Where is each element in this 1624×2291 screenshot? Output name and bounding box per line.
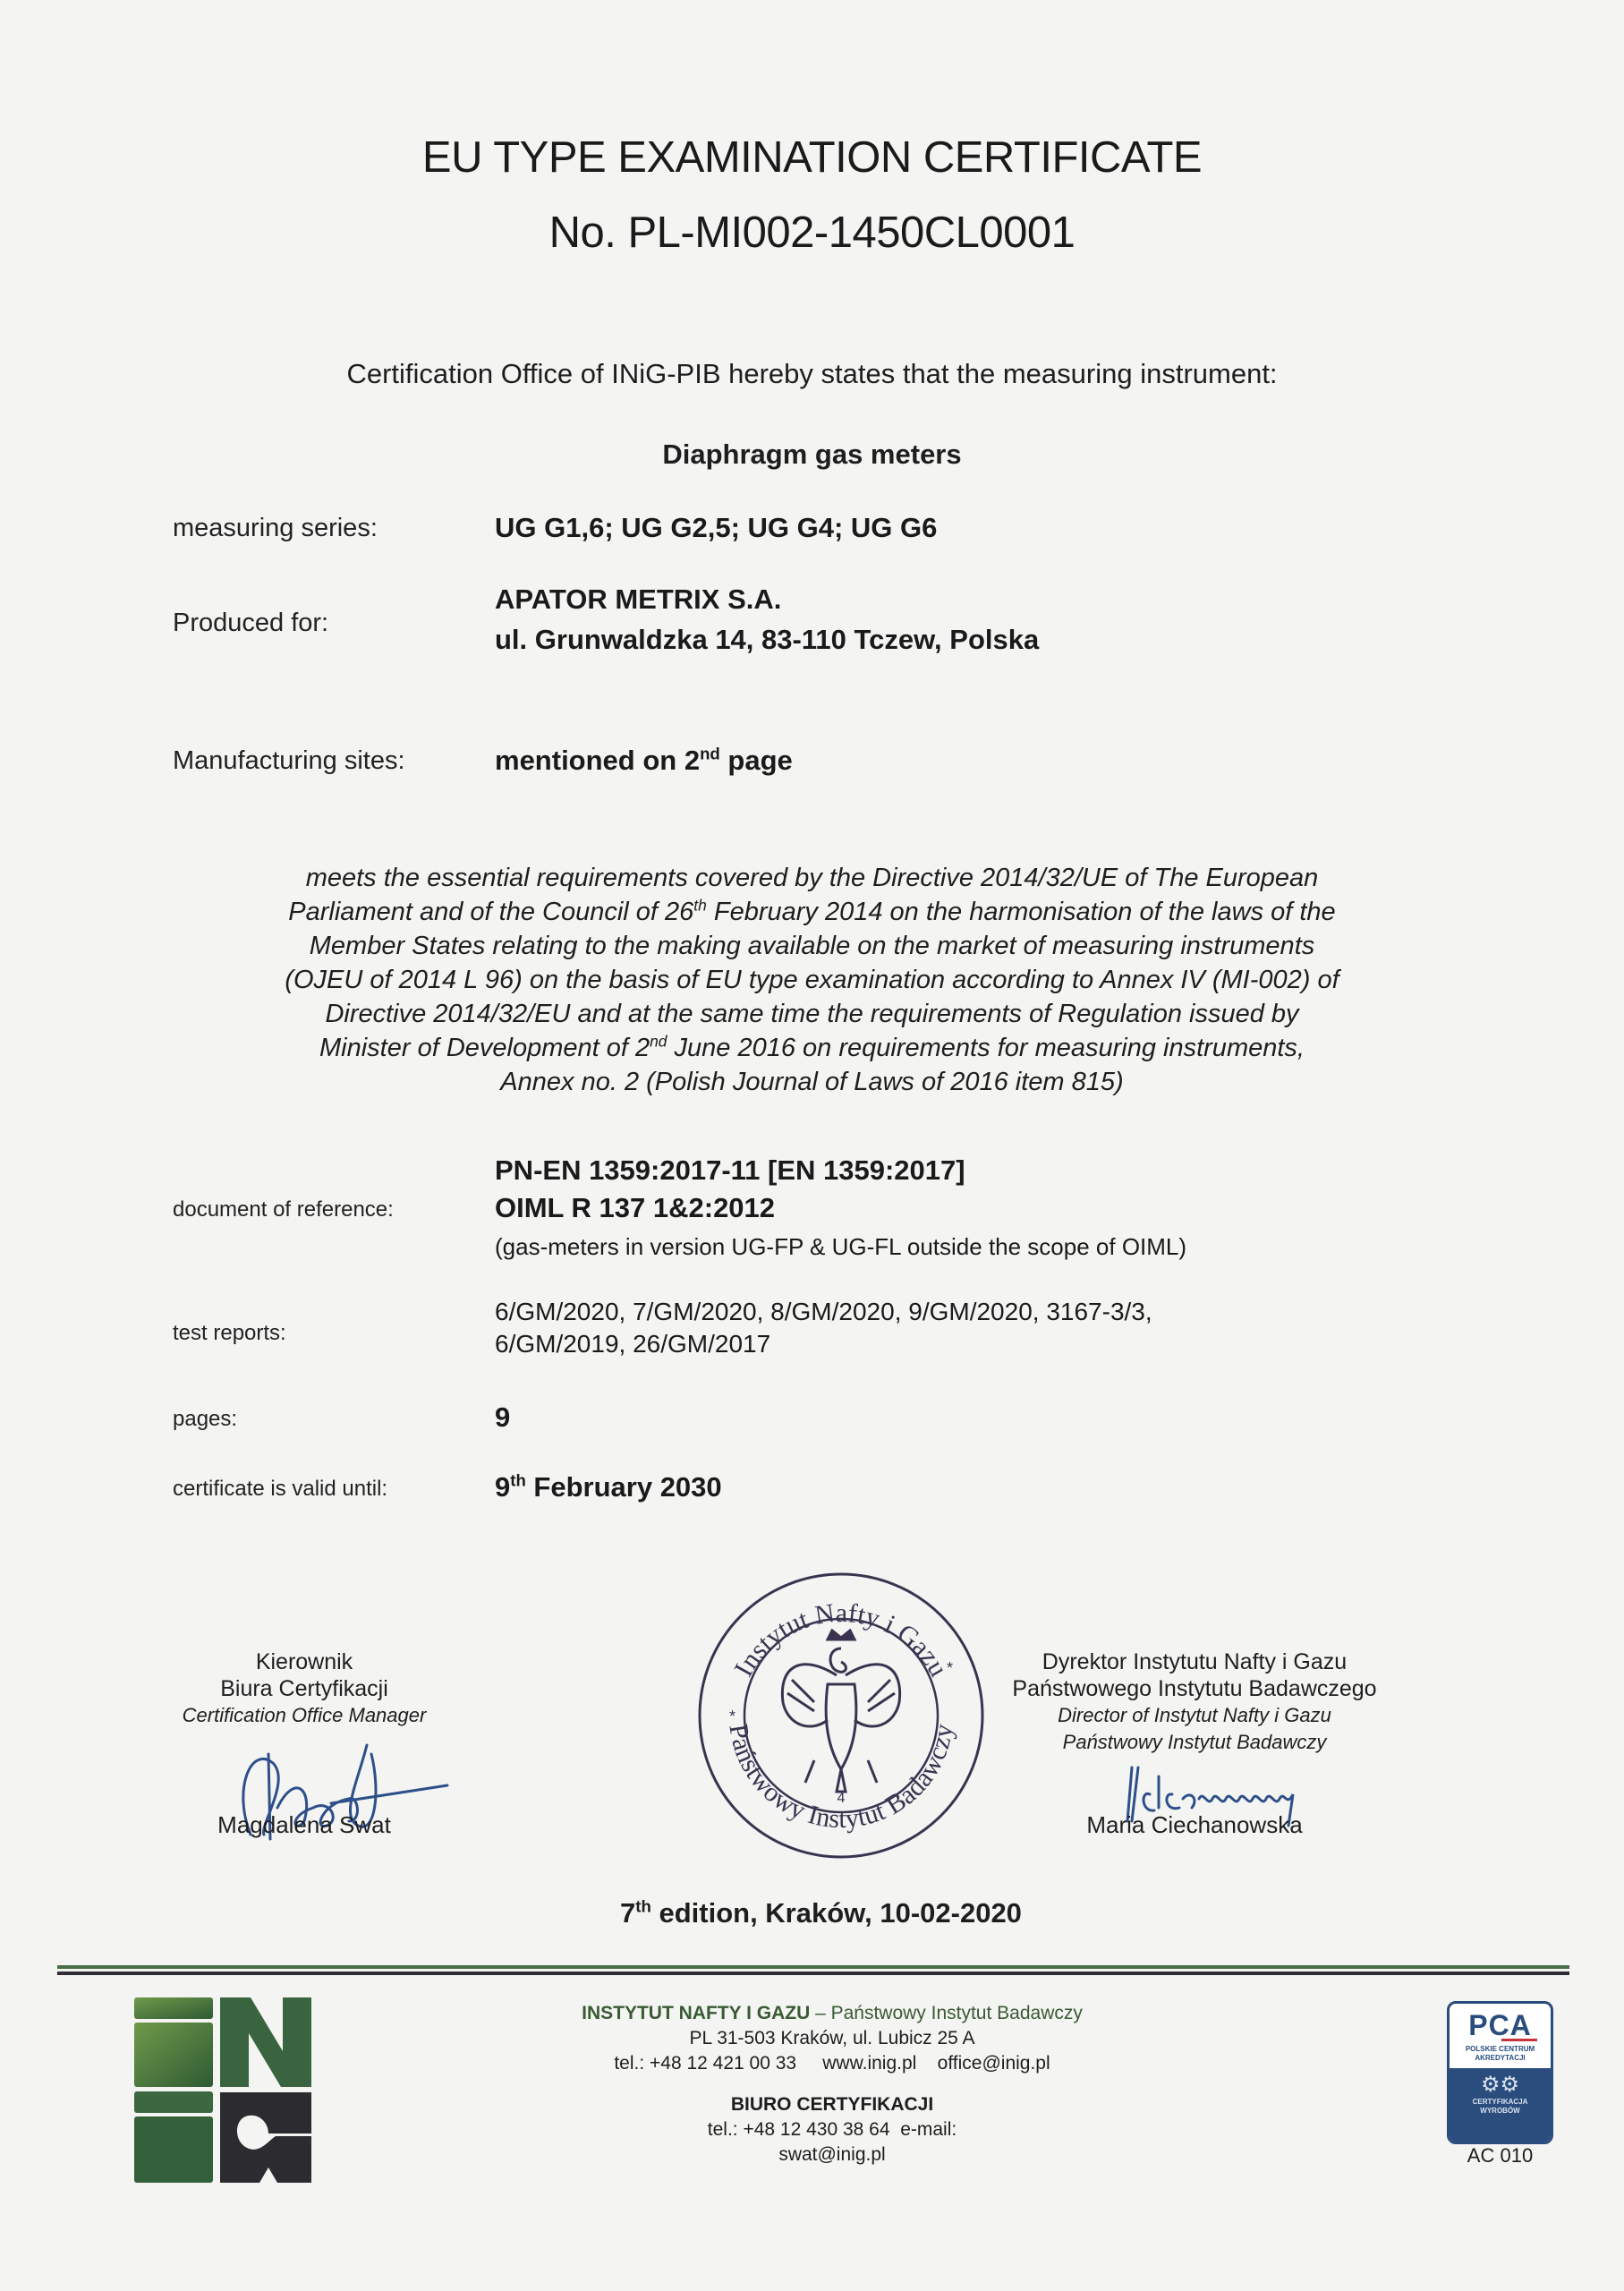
seal-number: 4: [838, 1791, 846, 1806]
instrument-type: Diaphragm gas meters: [0, 439, 1624, 471]
signatory-right-name: Maria Ciechanowska: [993, 1811, 1396, 1839]
pca-accreditation-badge: PCA POLSKIE CENTRUM AKREDYTACJI ⚙⚙ CERTY…: [1447, 2001, 1553, 2144]
edition-line: 7th edition, Kraków, 10-02-2020: [0, 1897, 1624, 1929]
manufacturing-sites-value: mentioned on 2nd page: [495, 745, 793, 777]
certificate-number: No. PL-MI002-1450CL0001: [0, 208, 1624, 258]
test-reports-line-1: 6/GM/2020, 7/GM/2020, 8/GM/2020, 9/GM/20…: [495, 1298, 1152, 1326]
valid-until-label: certificate is valid until:: [173, 1477, 387, 1502]
gears-icon: ⚙⚙: [1450, 2068, 1551, 2098]
manufacturing-sites-label: Manufacturing sites:: [173, 746, 405, 776]
test-reports-label: test reports:: [173, 1321, 286, 1346]
eagle-emblem-icon: [782, 1631, 899, 1792]
seal-bottom-text: Państwowy Instytut Badawczy: [723, 1722, 958, 1834]
reference-label: document of reference:: [173, 1197, 394, 1222]
reference-standard-1: PN-EN 1359:2017-11 [EN 1359:2017]: [495, 1154, 965, 1187]
footer-address: PL 31-503 Kraków, ul. Lubicz 25 A: [501, 2026, 1163, 2051]
reference-note: (gas-meters in version UG-FP & UG-FL out…: [495, 1233, 1186, 1261]
signatory-left-name: Magdalena Swat: [152, 1811, 456, 1839]
official-seal: Instytut Nafty i Gazu Państwowy Instytut…: [693, 1568, 989, 1863]
test-reports-line-2: 6/GM/2019, 26/GM/2017: [495, 1330, 770, 1358]
footer-contact-line: tel.: +48 12 421 00 33 www.inig.pl offic…: [501, 2051, 1163, 2076]
footer-contact: INSTYTUT NAFTY I GAZU – Państwowy Instyt…: [501, 2001, 1163, 2168]
pca-accreditation-code: AC 010: [1447, 2144, 1553, 2168]
produced-for-label: Produced for:: [173, 609, 328, 638]
signatory-right-title: Dyrektor Instytutu Nafty i Gazu Państwow…: [993, 1648, 1396, 1756]
footer-divider-dark: [57, 1972, 1569, 1975]
pca-logo: PCA: [1450, 2004, 1551, 2042]
producer-address: ul. Grunwaldzka 14, 83-110 Tczew, Polska: [495, 624, 1039, 656]
certificate-title: EU TYPE EXAMINATION CERTIFICATE: [0, 132, 1624, 183]
signatory-left-title: Kierownik Biura Certyfikacji Certificati…: [152, 1648, 456, 1729]
measuring-series-value: UG G1,6; UG G2,5; UG G4; UG G6: [495, 512, 937, 544]
footer-divider-green: [57, 1965, 1569, 1969]
pages-label: pages:: [173, 1407, 237, 1432]
footer-org-name: INSTYTUT NAFTY I GAZU: [582, 2003, 810, 2023]
footer-office-email[interactable]: swat@inig.pl: [501, 2142, 1163, 2168]
inig-logo: [134, 1997, 313, 2185]
pages-value: 9: [495, 1401, 510, 1434]
directive-paragraph: meets the essential requirements covered…: [0, 861, 1624, 1099]
footer-office-tel: tel.: +48 12 430 38 64 e-mail:: [501, 2117, 1163, 2142]
intro-statement: Certification Office of INiG-PIB hereby …: [0, 358, 1624, 390]
svg-text:*: *: [729, 1708, 735, 1725]
producer-name: APATOR METRIX S.A.: [495, 583, 781, 616]
svg-text:*: *: [947, 1659, 953, 1677]
valid-until-value: 9th February 2030: [495, 1471, 722, 1503]
measuring-series-label: measuring series:: [173, 514, 378, 543]
reference-standard-2: OIML R 137 1&2:2012: [495, 1192, 775, 1224]
footer-office-name: BIURO CERTYFIKACJI: [501, 2092, 1163, 2117]
